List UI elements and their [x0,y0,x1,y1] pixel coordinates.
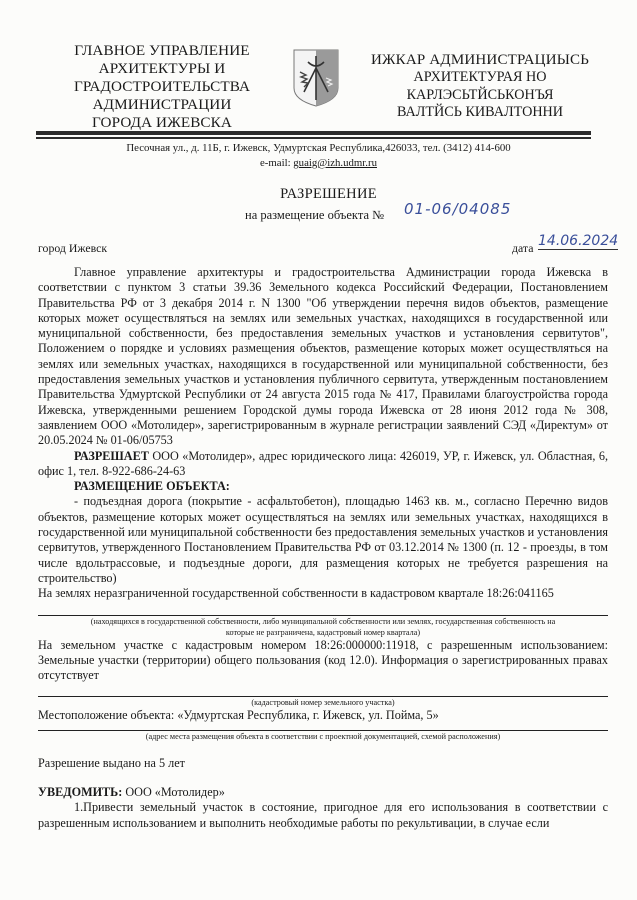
org-name-udmurt: ИЖКАР АДМИНИСТРАЦИЫСЬ АРХИТЕКТУРАЯ НО КА… [360,52,600,122]
fill-line [38,602,608,616]
lands-caption: (находящихся в государственной собственн… [38,616,608,638]
document-title: РАЗРЕШЕНИЕ [0,186,637,203]
placement-heading: РАЗМЕЩЕНИЕ ОБЪЕКТА: [38,479,608,494]
obligation-item-1: 1.Привести земельный участок в состояние… [38,800,608,831]
handwritten-permit-number: 01-06/04085 [404,200,511,218]
notify-text: ООО «Мотолидер» [122,785,225,799]
parcel-caption: (кадастровый номер земельного участка) [38,697,608,708]
email-link[interactable]: guaig@izh.udmr.ru [293,157,377,169]
notify-paragraph: УВЕДОМИТЬ: ООО «Мотолидер» [38,785,608,800]
document-subtitle: на размещение объекта № [245,208,384,223]
org-line: АДМИНИСТРАЦИИ [62,96,262,114]
city-coat-of-arms-icon [292,48,340,108]
document-page: ГЛАВНОЕ УПРАВЛЕНИЕ АРХИТЕКТУРЫ И ГРАДОСТ… [0,0,637,900]
notify-label: УВЕДОМИТЬ: [38,785,122,799]
email-label: e-mail: [260,157,293,169]
permits-label: РАЗРЕШАЕТ [74,449,149,463]
document-body: Главное управление архитектуры и градост… [38,265,608,831]
org-line: АРХИТЕКТУРЫ И [62,60,262,78]
location-paragraph: Местоположение объекта: «Удмуртская Респ… [38,708,608,723]
org-address: Песочная ул., д. 11Б, г. Ижевск, Удмуртс… [0,141,637,156]
date-label: дата [512,241,533,256]
header-rule-thick [36,131,591,135]
org-line: ИЖКАР АДМИНИСТРАЦИЫСЬ [360,52,600,69]
org-line: АРХИТЕКТУРАЯ НО [360,69,600,86]
permits-paragraph: РАЗРЕШАЕТ ООО «Мотолидер», адрес юридиче… [38,449,608,480]
fill-line [38,683,608,697]
lands-paragraph: На землях неразграниченной государственн… [38,586,608,601]
org-line: ГЛАВНОЕ УПРАВЛЕНИЕ [62,42,262,60]
fill-line [38,724,608,731]
location-caption: (адрес места размещения объекта в соотве… [38,731,608,742]
handwritten-date: 14.06.2024 [538,233,618,250]
intro-paragraph: Главное управление архитектуры и градост… [38,265,608,449]
org-line: КАРЛЭСЬТЙСЬКОНЪЯ [360,87,600,104]
org-line: ГОРОДА ИЖЕВСКА [62,114,262,132]
placement-paragraph: - подъездная дорога (покрытие - асфальто… [38,494,608,586]
validity-statement: Разрешение выдано на 5 лет [38,756,608,771]
org-line: ВАЛТЙСЬ КИВАЛТОННИ [360,104,600,121]
org-line: ГРАДОСТРОИТЕЛЬСТВА [62,78,262,96]
header-rule-thin [36,137,591,139]
city-label: город Ижевск [38,241,107,256]
org-email-line: e-mail: guaig@izh.udmr.ru [0,156,637,171]
org-contacts: Песочная ул., д. 11Б, г. Ижевск, Удмуртс… [0,141,637,171]
org-name-russian: ГЛАВНОЕ УПРАВЛЕНИЕ АРХИТЕКТУРЫ И ГРАДОСТ… [62,42,262,132]
parcel-paragraph: На земельном участке с кадастровым номер… [38,638,608,684]
